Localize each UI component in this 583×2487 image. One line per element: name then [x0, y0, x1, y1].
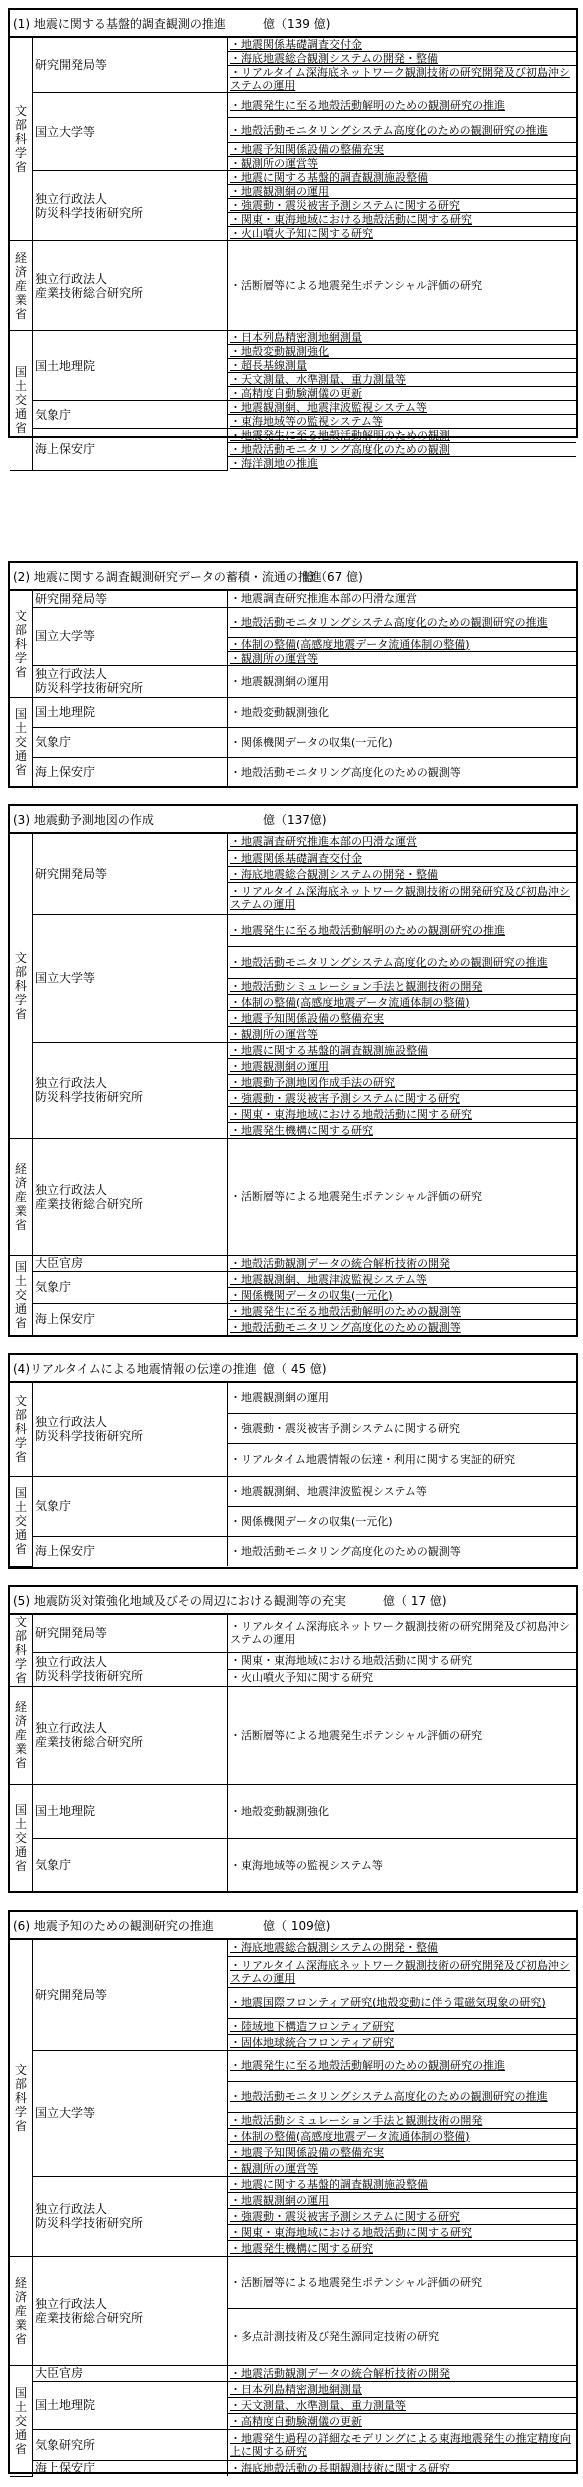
measure-item: ・強震動・震災被害予測システムに関する研究 — [228, 199, 577, 213]
measure-item: ・体制の整備(高感度地震データ流通体制の整備) — [228, 637, 577, 651]
measure-text: ・火山噴火予知に関する研究 — [230, 1671, 373, 1684]
measure-item: ・地震予知関係設備の整備充実 — [228, 1010, 577, 1026]
measure-text: ・地震発生に至る地殻活動解明のための観測 — [230, 429, 450, 442]
measure-text: ・地震観測網の運用 — [230, 675, 329, 688]
measure-item: ・観測所の運営等 — [228, 651, 577, 665]
measure-item: ・海底地震総合観測システムの開発・整備 — [228, 1940, 577, 1956]
ministry-cell: 経済産業省 — [10, 1138, 33, 1255]
measure-text: ・地殻活動モニタリング高度化のための観測等 — [230, 1321, 461, 1334]
measure-text: ・リアルタイム深海底ネットワーク観測技術の研究開発及び初島沖システムの運用 — [230, 1620, 570, 1646]
measure-item: ・地震活動観測データの統合解析技術の開発 — [228, 2365, 577, 2381]
measure-text: ・活断層等による地震発生ポテンシャル評価の研究 — [230, 1190, 482, 1203]
measure-text: ・地殻活動モニタリング高度化のための観測 — [230, 443, 450, 456]
agency-cell: 独立行政法人 防災科学技術研究所 — [33, 1042, 228, 1138]
agency-cell: 研究開発局等 — [33, 1940, 228, 2050]
ministry-cell: 文部科学省 — [10, 834, 33, 1138]
measure-item: ・東海地域等の監視システム等 — [228, 415, 577, 429]
section-body: 文部科学省研究開発局等・地震関係基礎調査交付金・海底地震総合観測システムの開発・… — [10, 38, 576, 471]
table-row: 国土交通省大臣官房・地殻活動観測データの統合解析技術の開発 — [10, 1255, 576, 1271]
measure-text: ・地殻活動シミュレーション手法と観測技術の開発 — [230, 2114, 482, 2127]
table-row: 独立行政法人 防災科学技術研究所・地震に関する基盤的調査観測施設整備 — [10, 171, 576, 185]
measure-text: ・観測所の運営等 — [230, 157, 318, 170]
measure-text: ・地震発生に至る地殻活動解明のための観測研究の推進 — [230, 99, 505, 112]
ministry-name: 国土交通省 — [15, 365, 27, 435]
measure-item: ・地殻活動モニタリング高度化のための観測等 — [228, 1536, 577, 1566]
measure-item: ・地震に関する基盤的調査観測施設整備 — [228, 1042, 577, 1058]
agency-cell: 国土地理院 — [33, 1784, 228, 1838]
measure-item: ・地震観測網の運用 — [228, 2192, 577, 2208]
measure-text: ・地震に関する基盤的調査観測施設整備 — [230, 2178, 428, 2191]
measure-text: ・強震動・震災被害予測システムに関する研究 — [230, 199, 460, 212]
measure-text: ・地震に関する基盤的調査観測施設整備 — [230, 171, 428, 184]
ministry-name: 国土交通省 — [15, 1260, 27, 1330]
measure-text: ・地殻活動モニタリング高度化のための観測等 — [230, 766, 461, 779]
table-row: 経済産業省独立行政法人 産業技術総合研究所・活断層等による地震発生ポテンシャル評… — [10, 241, 576, 331]
measure-item: ・地震観測網の運用 — [228, 185, 577, 199]
measure-item: ・地震発生機構に関する研究 — [228, 1122, 577, 1138]
measure-text: ・観測所の運営等 — [230, 652, 318, 665]
ministry-cell: 国土交通省 — [10, 2365, 33, 2476]
section-table: (3) 地震動予測地図の作成億（137億)文部科学省研究開発局等・地震調査研究推… — [8, 804, 578, 1337]
measure-item: ・地震発生に至る地殻活動解明のための観測研究の推進 — [228, 2050, 577, 2081]
table-row: 海上保安庁・地震発生に至る地殻活動解明のための観測 — [10, 429, 576, 443]
measure-item: ・地震に関する基盤的調査観測施設整備 — [228, 2176, 577, 2192]
table-row: 経済産業省独立行政法人 産業技術総合研究所・活断層等による地震発生ポテンシャル評… — [10, 1686, 576, 1784]
measure-text: ・地震予知関係設備の整備充実 — [230, 2146, 384, 2159]
measure-item: ・地震予知関係設備の整備充実 — [228, 2144, 577, 2160]
measure-text: ・関係機関データの収集(一元化) — [230, 1289, 393, 1302]
measure-text: ・地震予知関係設備の整備充実 — [230, 1012, 384, 1025]
measure-text: ・地震動予測地図作成手法の研究 — [230, 1076, 395, 1089]
table-row: 国土交通省大臣官房・地震活動観測データの統合解析技術の開発 — [10, 2365, 576, 2381]
section-table: (2) 地震に関する調査観測研究データの蓄積・流通の推進億（67 億)文部科学省… — [8, 561, 578, 788]
section-body: 文部科学省研究開発局等・リアルタイム深海底ネットワーク観測技術の研究開発及び初島… — [10, 1615, 576, 1893]
measure-text: ・地殻活動モニタリングシステム高度化のための観測研究の推進 — [230, 2090, 548, 2103]
table-row: 独立行政法人 防災科学技術研究所・地震に関する基盤的調査観測施設整備 — [10, 2176, 576, 2192]
measure-item: ・関係機関データの収集(一元化) — [228, 1506, 577, 1536]
agency-cell: 大臣官房 — [33, 1255, 228, 1271]
ministry-cell: 文部科学省 — [10, 38, 33, 241]
measure-item: ・地震発生過程の詳細なモデリングによる東海地震発生の推定精度向上に関する研究 — [228, 2429, 577, 2460]
measure-item: ・活断層等による地震発生ポテンシャル評価の研究 — [228, 241, 577, 331]
section-header: (5) 地震防災対策強化地域及びその周辺における観測等の充実億（ 17 億) — [10, 1587, 576, 1615]
table-row: 海上保安庁・海底地殻活動の長期観測技術に関する研究 — [10, 2460, 576, 2476]
table-row: 海上保安庁・地殻活動モニタリング高度化のための観測等 — [10, 1536, 576, 1566]
measure-item: ・地殻変動観測強化 — [228, 345, 577, 359]
measure-text: ・東海地域等の監視システム等 — [230, 415, 383, 428]
measure-item: ・地殻活動モニタリング高度化のための観測等 — [228, 1319, 577, 1335]
section-table: (6) 地震予知のための観測研究の推進億（ 109億)文部科学省研究開発局等・海… — [8, 1910, 578, 2474]
measure-text: ・高精度自動験潮儀の更新 — [230, 2415, 362, 2428]
measure-item: ・地殻活動モニタリング高度化のための観測 — [228, 443, 577, 457]
section-table: (5) 地震防災対策強化地域及びその周辺における観測等の充実億（ 17 億)文部… — [8, 1585, 578, 1893]
table-row: 文部科学省研究開発局等・海底地震総合観測システムの開発・整備 — [10, 1940, 576, 1956]
table-row: 文部科学省独立行政法人 防災科学技術研究所・地震観測網の運用 — [10, 1383, 576, 1413]
measure-text: ・観測所の運営等 — [230, 1028, 318, 1041]
table-row: 文部科学省研究開発局等・リアルタイム深海底ネットワーク観測技術の研究開発及び初島… — [10, 1615, 576, 1652]
section-budget: 億（ 109億) — [263, 1917, 330, 1934]
measure-item: ・地殻変動観測強化 — [228, 1784, 577, 1838]
agency-cell: 独立行政法人 産業技術総合研究所 — [33, 1686, 228, 1784]
agency-cell: 独立行政法人 防災科学技術研究所 — [33, 1383, 228, 1476]
section-budget: 億（ 45 億) — [263, 1360, 327, 1377]
measure-text: ・天文測量、水準測量、重力測量等 — [230, 2399, 406, 2412]
measure-item: ・日本列島精密測地網測量 — [228, 2381, 577, 2397]
measure-item: ・地震観測網の運用 — [228, 665, 577, 697]
measure-text: ・強震動・震災被害予測システムに関する研究 — [230, 1422, 460, 1435]
measure-item: ・多点計測技術及び発生源同定技術の研究 — [228, 2308, 577, 2365]
measure-text: ・リアルタイム深海底ネットワーク観測技術の研究開発及び初島沖システムの運用 — [230, 66, 570, 92]
section-title: (5) 地震防災対策強化地域及びその周辺における観測等の充実 — [13, 1592, 383, 1609]
table-row: 気象研究所・地震発生過程の詳細なモデリングによる東海地震発生の推定精度向上に関す… — [10, 2429, 576, 2460]
measure-text: ・強震動・震災被害予測システムに関する研究 — [230, 2210, 460, 2223]
measure-text: ・活断層等による地震発生ポテンシャル評価の研究 — [230, 279, 482, 292]
measure-item: ・関東・東海地域における地殻活動に関する研究 — [228, 1652, 577, 1669]
section-header: (6) 地震予知のための観測研究の推進億（ 109億) — [10, 1912, 576, 1940]
measure-text: ・超長基線測量 — [230, 359, 307, 372]
agency-cell: 気象庁 — [33, 1838, 228, 1892]
measure-text: ・陸域地下構造フロンティア研究 — [230, 2020, 394, 2033]
table-row: 国土地理院・日本列島精密測地網測量 — [10, 2381, 576, 2397]
measure-item: ・海底地震総合観測システムの開発・整備 — [228, 866, 577, 882]
agency-cell: 独立行政法人 産業技術総合研究所 — [33, 241, 228, 331]
ministry-cell: 文部科学省 — [10, 1615, 33, 1686]
measure-item: ・地殻変動観測強化 — [228, 697, 577, 727]
measure-item: ・関東・東海地域における地殻活動に関する研究 — [228, 2224, 577, 2240]
measure-item: ・地震観測網の運用 — [228, 1058, 577, 1074]
measure-text: ・地震発生に至る地殻活動解明のための観測研究の推進 — [230, 924, 505, 937]
measure-item: ・地震発生に至る地殻活動解明のための観測 — [228, 429, 577, 443]
agency-cell: 海上保安庁 — [33, 2460, 228, 2476]
agency-cell: 国立大学等 — [33, 607, 228, 665]
table-row: 文部科学省研究開発局等・地震調査研究推進本部の円滑な運営 — [10, 834, 576, 850]
measure-item: ・地震関係基礎調査交付金 — [228, 38, 577, 52]
measure-item: ・地震発生機構に関する研究 — [228, 2240, 577, 2256]
measure-text: ・地震調査研究推進本部の円滑な運営 — [230, 835, 417, 848]
agency-cell: 独立行政法人 防災科学技術研究所 — [33, 665, 228, 697]
measure-text: ・地震発生過程の詳細なモデリングによる東海地震発生の推定精度向上に関する研究 — [230, 2432, 571, 2458]
measure-item: ・陸域地下構造フロンティア研究 — [228, 2018, 577, 2034]
table-row: 経済産業省独立行政法人 産業技術総合研究所・活断層等による地震発生ポテンシャル評… — [10, 1138, 576, 1255]
measure-text: ・日本列島精密測地網測量 — [230, 2383, 362, 2396]
section-budget: 億（139 億) — [263, 15, 330, 32]
table-row: 気象庁・地震観測網、地震津波監視システム等 — [10, 1271, 576, 1287]
agency-cell: 海上保安庁 — [33, 1303, 228, 1335]
agency-cell: 国土地理院 — [33, 331, 228, 401]
measure-item: ・強震動・震災被害予測システムに関する研究 — [228, 2208, 577, 2224]
section-title: (1) 地震に関する基盤的調査観測の推進 — [13, 15, 263, 32]
section-title: (3) 地震動予測地図の作成 — [13, 811, 263, 828]
table-row: 文部科学省研究開発局等・地震関係基礎調査交付金 — [10, 38, 576, 52]
agency-cell: 研究開発局等 — [33, 38, 228, 93]
measure-text: ・海底地殻活動の長期観測技術に関する研究 — [230, 2462, 450, 2475]
measure-text: ・地震関係基礎調査交付金 — [230, 852, 362, 865]
measure-text: ・高精度自動験潮儀の更新 — [230, 387, 362, 400]
ministry-name: 国土交通省 — [15, 2386, 27, 2456]
measure-item: ・高精度自動験潮儀の更新 — [228, 387, 577, 401]
measure-item: ・海底地震総合観測システムの開発・整備 — [228, 52, 577, 66]
measure-item: ・地殻活動モニタリングシステム高度化のための観測研究の推進 — [228, 2081, 577, 2112]
measure-text: ・海洋測地の推進 — [230, 457, 318, 470]
agency-cell: 国立大学等 — [33, 2050, 228, 2176]
measure-text: ・体制の整備(高感度地震データ流通体制の整備) — [230, 2130, 470, 2143]
section-body: 文部科学省研究開発局等・海底地震総合観測システムの開発・整備・リアルタイム深海底… — [10, 1940, 576, 2477]
measure-text: ・関係機関データの収集(一元化) — [230, 1515, 393, 1528]
measure-item: ・地震国際フロンティア研究(地殻変動に伴う電磁気現象の研究) — [228, 1987, 577, 2018]
agency-cell: 国土地理院 — [33, 697, 228, 727]
measure-text: ・リアルタイム深海底ネットワーク観測技術の開発研究及び初島沖システムの運用 — [230, 885, 570, 911]
measure-text: ・地震観測網の運用 — [230, 1391, 329, 1404]
measure-text: ・地殻活動観測データの統合解析技術の開発 — [230, 1257, 450, 1270]
ministry-name: 文部科学省 — [15, 2063, 27, 2133]
measure-item: ・地震調査研究推進本部の円滑な運営 — [228, 591, 577, 607]
table-row: 文部科学省研究開発局等・地震調査研究推進本部の円滑な運営 — [10, 591, 576, 607]
section-title: (6) 地震予知のための観測研究の推進 — [13, 1917, 263, 1934]
measure-item: ・活断層等による地震発生ポテンシャル評価の研究 — [228, 1686, 577, 1784]
ministry-name: 国土交通省 — [15, 1803, 27, 1873]
measure-item: ・地震発生に至る地殻活動解明のための観測研究の推進 — [228, 914, 577, 946]
ministry-cell: 経済産業省 — [10, 241, 33, 331]
measure-item: ・東海地域等の監視システム等 — [228, 1838, 577, 1892]
table-row: 国土交通省気象庁・地震観測網、地震津波監視システム等 — [10, 1476, 576, 1506]
measure-text: ・地震活動観測データの統合解析技術の開発 — [230, 2367, 450, 2380]
section-budget: 億（137億) — [263, 811, 327, 828]
measure-item: ・観測所の運営等 — [228, 1026, 577, 1042]
measure-item: ・地震調査研究推進本部の円滑な運営 — [228, 834, 577, 850]
measure-text: ・地震発生に至る地殻活動解明のための観測研究の推進 — [230, 2059, 505, 2072]
measure-text: ・天文測量、水準測量、重力測量等 — [230, 373, 406, 386]
measure-text: ・地震観測網、地震津波監視システム等 — [230, 401, 427, 414]
measure-text: ・関東・東海地域における地殻活動に関する研究 — [230, 1654, 472, 1667]
measure-text: ・地殻変動観測強化 — [230, 1805, 329, 1818]
measure-item: ・固体地球統合フロンティア研究 — [228, 2034, 577, 2050]
measure-item: ・天文測量、水準測量、重力測量等 — [228, 2397, 577, 2413]
measure-item: ・地震観測網の運用 — [228, 1383, 577, 1413]
measure-text: ・強震動・震災被害予測システムに関する研究 — [230, 1092, 460, 1105]
measure-text: ・体制の整備(高感度地震データ流通体制の整備) — [230, 638, 470, 651]
measure-item: ・体制の整備(高感度地震データ流通体制の整備) — [228, 994, 577, 1010]
section-header: (1) 地震に関する基盤的調査観測の推進億（139 億) — [10, 10, 576, 38]
measure-text: ・関東・東海地域における地殻活動に関する研究 — [230, 1108, 472, 1121]
measure-text: ・多点計測技術及び発生源同定技術の研究 — [230, 2330, 439, 2343]
measure-text: ・地殻活動シミュレーション手法と観測技術の開発 — [230, 980, 482, 993]
agency-cell: 研究開発局等 — [33, 834, 228, 914]
ministry-cell: 文部科学省 — [10, 1383, 33, 1476]
measure-text: ・海底地震総合観測システムの開発・整備 — [230, 52, 438, 65]
table-row: 海上保安庁・地震発生に至る地殻活動解明のための観測等 — [10, 1303, 576, 1319]
measure-item: ・観測所の運営等 — [228, 2160, 577, 2176]
agency-cell: 独立行政法人 防災科学技術研究所 — [33, 2176, 228, 2256]
agency-cell: 独立行政法人 防災科学技術研究所 — [33, 171, 228, 241]
measure-text: ・活断層等による地震発生ポテンシャル評価の研究 — [230, 2276, 482, 2289]
measure-text: ・海底地震総合観測システムの開発・整備 — [230, 1941, 438, 1954]
section-title: (4)リアルタイムによる地震情報の伝達の推進 — [13, 1360, 263, 1377]
section-title: (2) 地震に関する調査観測研究データの蓄積・流通の推進 — [13, 568, 303, 585]
measure-item: ・地震観測網、地震津波監視システム等 — [228, 401, 577, 415]
ministry-name: 経済産業省 — [15, 2276, 27, 2346]
measure-text: ・関東・東海地域における地殻活動に関する研究 — [230, 2226, 472, 2239]
agency-cell: 国立大学等 — [33, 93, 228, 171]
agency-cell: 国土地理院 — [33, 2381, 228, 2429]
measure-item: ・リアルタイム地震情報の伝達・利用に関する実証的研究 — [228, 1443, 577, 1476]
section-header: (2) 地震に関する調査観測研究データの蓄積・流通の推進億（67 億) — [10, 563, 576, 591]
measure-text: ・地震関係基礎調査交付金 — [230, 38, 362, 51]
measure-item: ・地殻活動シミュレーション手法と観測技術の開発 — [228, 2112, 577, 2128]
measure-item: ・地殻活動モニタリングシステム高度化のための観測研究の推進 — [228, 946, 577, 978]
agency-cell: 気象庁 — [33, 1271, 228, 1303]
measure-item: ・地殻活動モニタリングシステム高度化のための観測研究の推進 — [228, 118, 577, 143]
table-row: 国土交通省国土地理院・地殻変動観測強化 — [10, 697, 576, 727]
measure-text: ・地震観測網の運用 — [230, 185, 329, 198]
measure-item: ・超長基線測量 — [228, 359, 577, 373]
table-row: 気象庁・関係機関データの収集(一元化) — [10, 727, 576, 757]
measure-item: ・地震発生に至る地殻活動解明のための観測研究の推進 — [228, 93, 577, 118]
measure-text: ・日本列島精密測地網測量 — [230, 331, 362, 344]
measure-text: ・地殻活動モニタリング高度化のための観測等 — [230, 1545, 461, 1558]
measure-text: ・地震観測網、地震津波監視システム等 — [230, 1273, 427, 1286]
measure-text: ・体制の整備(高感度地震データ流通体制の整備) — [230, 996, 470, 1009]
ministry-name: 国土交通省 — [15, 1486, 27, 1556]
ministry-name: 文部科学省 — [15, 104, 27, 174]
ministry-cell: 文部科学省 — [10, 591, 33, 697]
section-body: 文部科学省研究開発局等・地震調査研究推進本部の円滑な運営・地震関係基礎調査交付金… — [10, 834, 576, 1336]
agency-cell: 研究開発局等 — [33, 1615, 228, 1652]
agency-cell: 海上保安庁 — [33, 1536, 228, 1566]
ministry-name: 文部科学省 — [15, 609, 27, 679]
measure-item: ・観測所の運営等 — [228, 157, 577, 171]
measure-text: ・地震発生機構に関する研究 — [230, 1124, 373, 1137]
ministry-cell: 経済産業省 — [10, 2256, 33, 2365]
measure-text: ・火山噴火予知に関する研究 — [230, 227, 373, 240]
measure-text: ・地震発生に至る地殻活動解明のための観測等 — [230, 1305, 461, 1318]
measure-text: ・地震に関する基盤的調査観測施設整備 — [230, 1044, 428, 1057]
measure-item: ・体制の整備(高感度地震データ流通体制の整備) — [228, 2128, 577, 2144]
measure-item: ・地震に関する基盤的調査観測施設整備 — [228, 171, 577, 185]
measure-item: ・関係機関データの収集(一元化) — [228, 1287, 577, 1303]
table-row: 独立行政法人 防災科学技術研究所・地震に関する基盤的調査観測施設整備 — [10, 1042, 576, 1058]
table-row: 経済産業省独立行政法人 産業技術総合研究所・活断層等による地震発生ポテンシャル評… — [10, 2256, 576, 2308]
agency-cell: 海上保安庁 — [33, 429, 228, 471]
section-body: 文部科学省研究開発局等・地震調査研究推進本部の円滑な運営国立大学等・地殻活動モニ… — [10, 591, 576, 788]
table-row: 気象庁・東海地域等の監視システム等 — [10, 1838, 576, 1892]
measure-text: ・地震国際フロンティア研究(地殻変動に伴う電磁気現象の研究) — [230, 1996, 546, 2009]
measure-item: ・高精度自動験潮儀の更新 — [228, 2413, 577, 2429]
agency-cell: 気象研究所 — [33, 2429, 228, 2460]
ministry-name: 経済産業省 — [15, 1700, 27, 1770]
measure-item: ・関係機関データの収集(一元化) — [228, 727, 577, 757]
ministry-cell: 経済産業省 — [10, 1686, 33, 1784]
section-header: (4)リアルタイムによる地震情報の伝達の推進億（ 45 億) — [10, 1355, 576, 1383]
measure-item: ・地震発生に至る地殻活動解明のための観測等 — [228, 1303, 577, 1319]
measure-item: ・地震動予測地図作成手法の研究 — [228, 1074, 577, 1090]
section-table: (4)リアルタイムによる地震情報の伝達の推進億（ 45 億)文部科学省独立行政法… — [8, 1353, 578, 1569]
measure-item: ・関東・東海地域における地殻活動に関する研究 — [228, 1106, 577, 1122]
measure-item: ・火山噴火予知に関する研究 — [228, 227, 577, 241]
table-row: 国土交通省国土地理院・日本列島精密測地網測量 — [10, 331, 576, 345]
agency-cell: 独立行政法人 産業技術総合研究所 — [33, 1138, 228, 1255]
agency-cell: 独立行政法人 産業技術総合研究所 — [33, 2256, 228, 2365]
measure-item: ・関東・東海地域における地殻活動に関する研究 — [228, 213, 577, 227]
measure-item: ・地殻活動観測データの統合解析技術の開発 — [228, 1255, 577, 1271]
measure-text: ・リアルタイム地震情報の伝達・利用に関する実証的研究 — [230, 1453, 515, 1466]
measure-item: ・天文測量、水準測量、重力測量等 — [228, 373, 577, 387]
measure-item: ・海洋測地の推進 — [228, 457, 577, 471]
measure-text: ・地殻活動モニタリングシステム高度化のための観測研究の推進 — [230, 956, 548, 969]
table-row: 海上保安庁・地殻活動モニタリング高度化のための観測等 — [10, 757, 576, 787]
table-row: 国立大学等・地震発生に至る地殻活動解明のための観測研究の推進 — [10, 93, 576, 118]
agency-cell: 気象庁 — [33, 727, 228, 757]
measure-text: ・海底地震総合観測システムの開発・整備 — [230, 868, 438, 881]
measure-item: ・日本列島精密測地網測量 — [228, 331, 577, 345]
table-row: 国立大学等・地震発生に至る地殻活動解明のための観測研究の推進 — [10, 914, 576, 946]
ministry-name: 文部科学省 — [15, 1615, 27, 1685]
measure-text: ・東海地域等の監視システム等 — [230, 1859, 383, 1872]
table-row: 国土交通省国土地理院・地殻変動観測強化 — [10, 1784, 576, 1838]
ministry-name: 文部科学省 — [15, 951, 27, 1021]
ministry-cell: 国土交通省 — [10, 697, 33, 787]
measure-text: ・関東・東海地域における地殻活動に関する研究 — [230, 213, 472, 226]
section-table: (1) 地震に関する基盤的調査観測の推進億（139 億)文部科学省研究開発局等・… — [8, 8, 578, 438]
measure-text: ・地殻変動観測強化 — [230, 706, 329, 719]
measure-text: ・リアルタイム深海底ネットワーク観測技術の研究開発及び初島沖システムの運用 — [230, 1959, 570, 1985]
measure-text: ・地震発生機構に関する研究 — [230, 2242, 373, 2255]
measure-item: ・海底地殻活動の長期観測技術に関する研究 — [228, 2460, 577, 2476]
measure-item: ・強震動・震災被害予測システムに関する研究 — [228, 1413, 577, 1443]
measure-item: ・地殻活動モニタリングシステム高度化のための観測研究の推進 — [228, 607, 577, 637]
measure-item: ・地震観測網、地震津波監視システム等 — [228, 1271, 577, 1287]
measure-text: ・地殻活動モニタリングシステム高度化のための観測研究の推進 — [230, 616, 548, 629]
measure-text: ・地震予知関係設備の整備充実 — [230, 143, 384, 156]
measure-item: ・リアルタイム深海底ネットワーク観測技術の研究開発及び初島沖システムの運用 — [228, 66, 577, 93]
ministry-name: 国土交通省 — [15, 707, 27, 777]
measure-item: ・リアルタイム深海底ネットワーク観測技術の開発研究及び初島沖システムの運用 — [228, 882, 577, 914]
table-row: 国立大学等・地殻活動モニタリングシステム高度化のための観測研究の推進 — [10, 607, 576, 637]
agency-cell: 国立大学等 — [33, 914, 228, 1042]
measure-text: ・地震観測網の運用 — [230, 1060, 329, 1073]
agency-cell: 気象庁 — [33, 1476, 228, 1536]
ministry-cell: 国土交通省 — [10, 1784, 33, 1892]
table-row: 国立大学等・地震発生に至る地殻活動解明のための観測研究の推進 — [10, 2050, 576, 2081]
ministry-cell: 文部科学省 — [10, 1940, 33, 2256]
table-row: 気象庁・地震観測網、地震津波監視システム等 — [10, 401, 576, 415]
agency-cell: 気象庁 — [33, 401, 228, 429]
ministry-cell: 国土交通省 — [10, 1255, 33, 1335]
measure-text: ・観測所の運営等 — [230, 2162, 318, 2175]
measure-text: ・地震調査研究推進本部の円滑な運営 — [230, 592, 417, 605]
section-budget: 億（67 億) — [303, 568, 363, 585]
section-header: (3) 地震動予測地図の作成億（137億) — [10, 806, 576, 834]
measure-item: ・地殻活動モニタリング高度化のための観測等 — [228, 757, 577, 787]
agency-cell: 研究開発局等 — [33, 591, 228, 607]
section-body: 文部科学省独立行政法人 防災科学技術研究所・地震観測網の運用・強震動・震災被害予… — [10, 1383, 576, 1567]
measure-item: ・地震観測網、地震津波監視システム等 — [228, 1476, 577, 1506]
measure-text: ・固体地球統合フロンティア研究 — [230, 2036, 394, 2049]
section-budget: 億（ 17 億) — [383, 1592, 447, 1609]
measure-item: ・リアルタイム深海底ネットワーク観測技術の研究開発及び初島沖システムの運用 — [228, 1615, 577, 1652]
measure-item: ・地震関係基礎調査交付金 — [228, 850, 577, 866]
agency-cell: 独立行政法人 防災科学技術研究所 — [33, 1652, 228, 1686]
measure-item: ・リアルタイム深海底ネットワーク観測技術の研究開発及び初島沖システムの運用 — [228, 1956, 577, 1987]
measure-item: ・地震予知関係設備の整備充実 — [228, 143, 577, 157]
table-row: 独立行政法人 防災科学技術研究所・関東・東海地域における地殻活動に関する研究 — [10, 1652, 576, 1669]
ministry-name: 文部科学省 — [15, 1394, 27, 1464]
measure-item: ・火山噴火予知に関する研究 — [228, 1669, 577, 1686]
measure-text: ・地殻変動観測強化 — [230, 345, 329, 358]
table-row: 独立行政法人 防災科学技術研究所・地震観測網の運用 — [10, 665, 576, 697]
measure-text: ・関係機関データの収集(一元化) — [230, 736, 393, 749]
ministry-name: 経済産業省 — [15, 251, 27, 321]
measure-item: ・活断層等による地震発生ポテンシャル評価の研究 — [228, 2256, 577, 2308]
